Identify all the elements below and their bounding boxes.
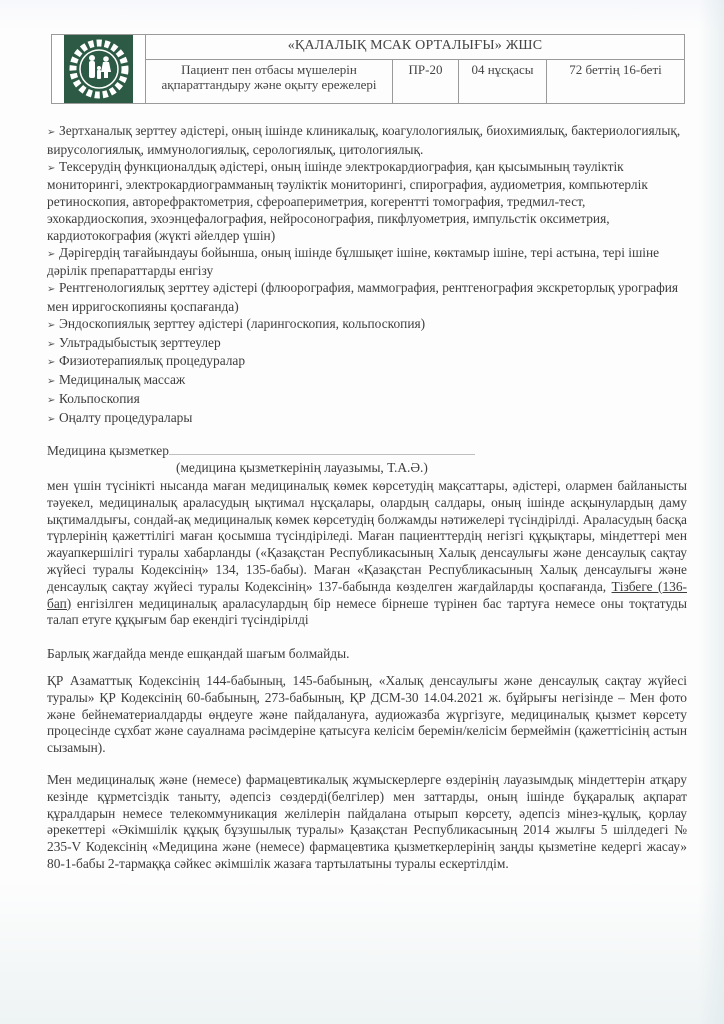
document-page: «ҚАЛАЛЫҚ МСАК ОРТАЛЫҒЫ» ЖШС Пациент пен …	[0, 0, 724, 1024]
arrow-bullet-icon: ➢	[47, 355, 59, 372]
list-item: ➢Рентгенологиялық зерттеу әдістері (флюо…	[47, 280, 687, 316]
list-item: ➢Медициналық массаж	[47, 372, 687, 391]
procedures-list: ➢Зертханалық зерттеу әдістері, оның ішін…	[47, 123, 687, 429]
arrow-bullet-icon: ➢	[47, 318, 59, 335]
signature-blank-line[interactable]	[169, 442, 475, 455]
arrow-bullet-icon: ➢	[47, 125, 59, 142]
arrow-bullet-icon: ➢	[47, 412, 59, 429]
organization-name: «ҚАЛАЛЫҚ МСАК ОРТАЛЫҒЫ» ЖШС	[146, 35, 685, 60]
arrow-bullet-icon: ➢	[47, 337, 59, 354]
list-item: ➢Дәрігердің тағайындауы бойынша, оның іш…	[47, 245, 687, 281]
scan-shadow	[698, 0, 724, 1024]
logo-cell	[52, 35, 146, 104]
list-item: ➢Оңалту процедуралары	[47, 410, 687, 429]
paragraph-media-consent: ҚР Азаматтық Кодексінің 144-бабының, 145…	[47, 673, 687, 757]
document-version: 04 нұсқасы	[459, 60, 547, 104]
paragraph-no-complaints: Барлық жағдайда менде ешқандай шағым бол…	[47, 646, 687, 663]
paragraph-warning: Мен медициналық және (немесе) фармацевти…	[47, 772, 687, 873]
arrow-bullet-icon: ➢	[47, 282, 59, 299]
signature-block: Медицина қызметкер (медицина қызметкерін…	[47, 442, 687, 459]
page-info: 72 беттің 16-беті	[547, 60, 685, 104]
arrow-bullet-icon: ➢	[47, 393, 59, 410]
paragraph-information-consent: мен үшін түсінікті нысанда маған медицин…	[47, 478, 687, 629]
list-item: ➢Кольпоскопия	[47, 391, 687, 410]
arrow-bullet-icon: ➢	[47, 374, 59, 391]
list-item: ➢Эндоскопиялық зерттеу әдістері (ларинго…	[47, 316, 687, 335]
signature-caption: (медицина қызметкерінің лауазымы, Т.А.Ә.…	[176, 460, 428, 476]
list-item: ➢Тексерудің функционалдық әдістері, оның…	[47, 159, 687, 245]
document-header-table: «ҚАЛАЛЫҚ МСАК ОРТАЛЫҒЫ» ЖШС Пациент пен …	[51, 34, 685, 104]
list-item: ➢Ультрадыбыстық зерттеулер	[47, 335, 687, 354]
list-item: ➢Зертханалық зерттеу әдістері, оның ішін…	[47, 123, 687, 159]
arrow-bullet-icon: ➢	[47, 161, 59, 178]
signature-label: Медицина қызметкер	[47, 443, 169, 458]
document-title: Пациент пен отбасы мүшелерін ақпараттанд…	[146, 60, 393, 104]
document-code: ПР-20	[393, 60, 459, 104]
arrow-bullet-icon: ➢	[47, 247, 59, 264]
family-in-circle-logo-icon	[64, 35, 133, 103]
list-item: ➢Физиотерапиялық процедуралар	[47, 353, 687, 372]
